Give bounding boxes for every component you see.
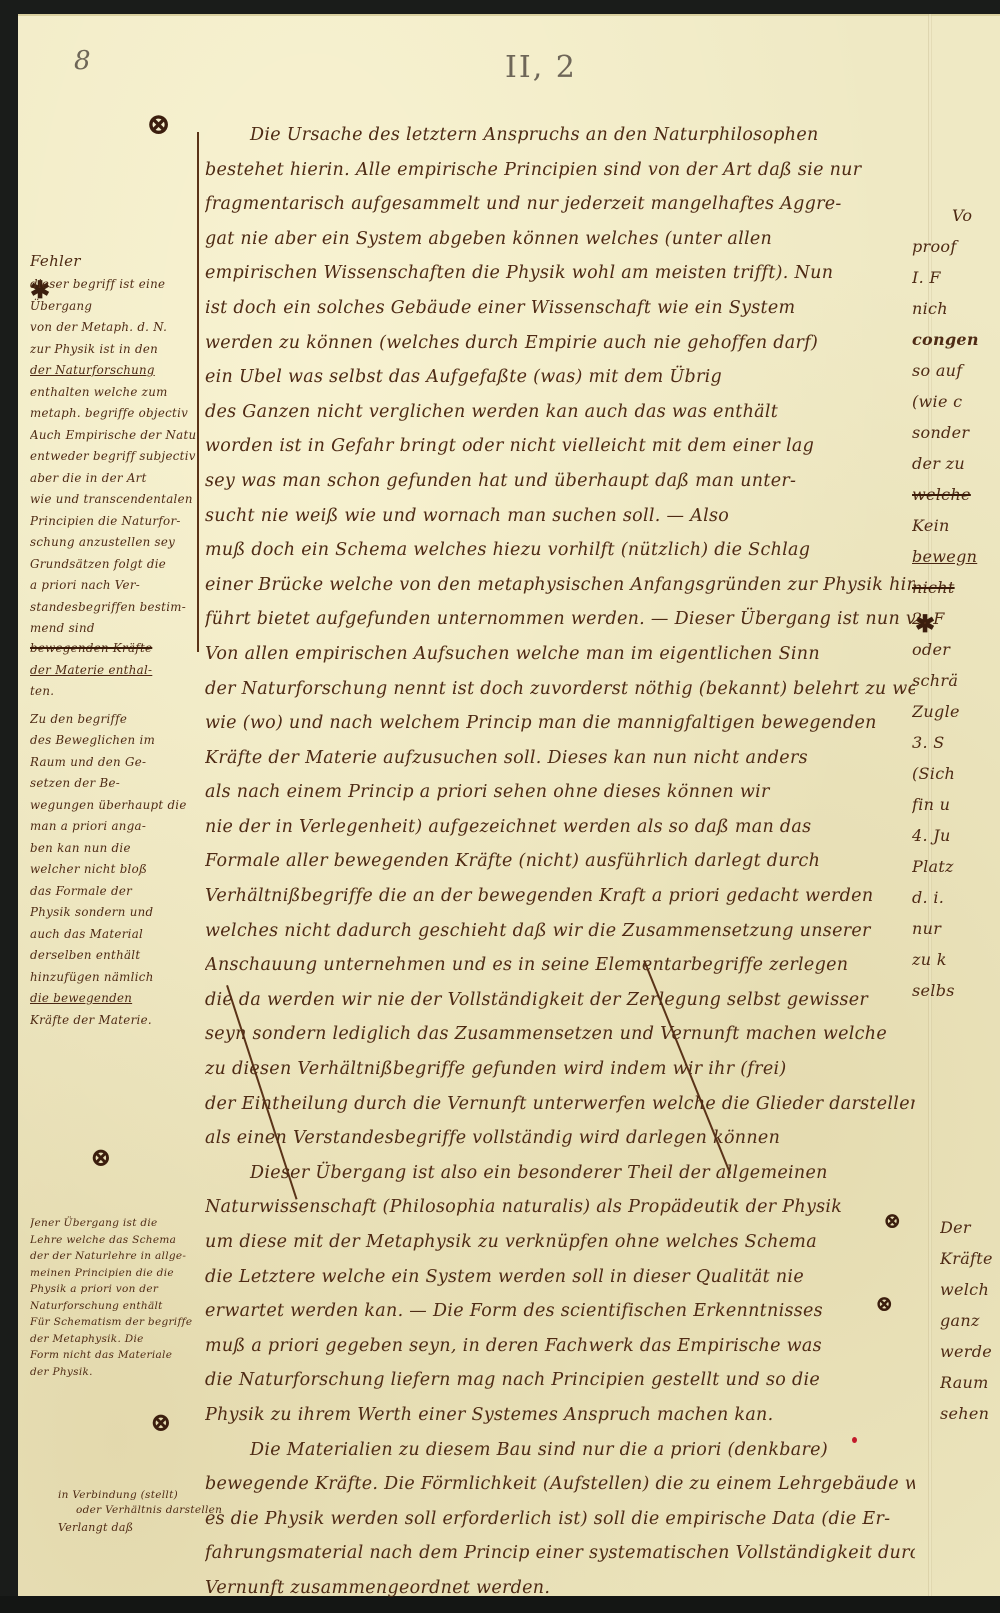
margin-note-line: Form nicht das Materiale <box>30 1347 198 1364</box>
cross-circle-mark-icon: ⊗ <box>150 1410 172 1436</box>
margin-note-line: setzen der Be- <box>30 773 198 795</box>
folio-number: 8 <box>74 46 91 76</box>
text-line: als einen Verstandesbegriffe vollständig… <box>205 1121 915 1156</box>
margin-note-line: Verlangt daß <box>58 1518 226 1538</box>
margin-note-3: Jener Übergang ist die Lehre welche das … <box>30 1215 198 1380</box>
margin-note-line: Principien die Naturfor- <box>30 511 198 533</box>
adjacent-line: nich <box>912 293 982 324</box>
adjacent-line: 3. S <box>912 727 982 758</box>
adjacent-line: Der <box>940 1212 1000 1243</box>
text-line: es die Physik werden soll erforderlich i… <box>205 1502 915 1537</box>
text-line: sey was man schon gefunden hat und überh… <box>205 464 915 499</box>
adjacent-line: oder <box>912 634 982 665</box>
margin-note-line: in Verbindung (stellt) <box>58 1488 226 1503</box>
margin-note-line: man a priori anga- <box>30 816 198 838</box>
text-line: fahrungsmaterial nach dem Princip einer … <box>205 1536 915 1571</box>
margin-note-line: wegungen überhaupt die <box>30 795 198 817</box>
margin-note-line: ben kan nun die <box>30 838 198 860</box>
text-line: die da werden wir nie der Vollständigkei… <box>205 983 915 1018</box>
adjacent-line: congen <box>912 324 982 355</box>
margin-note-line: der Naturforschung <box>30 360 198 382</box>
margin-note-line: Zu den begriffe <box>30 709 198 731</box>
adjacent-line: Vo <box>912 200 982 231</box>
text-line: ist doch ein solches Gebäude einer Wisse… <box>205 291 915 326</box>
adjacent-line: 4. Ju <box>912 820 982 851</box>
main-text-body: Die Ursache des letztern Anspruchs an de… <box>205 118 915 1606</box>
margin-note-line: wie und transcendentalen <box>30 489 198 511</box>
margin-note-line: Physik sondern und <box>30 902 198 924</box>
margin-note-line: Übergang <box>30 296 198 318</box>
margin-note-line: von der Metaph. d. N. <box>30 317 198 339</box>
adjacent-page-text: Vo proof I. F nich congen so auf (wie c … <box>912 200 982 1006</box>
margin-note-line: Auch Empirische der Natur <box>30 425 198 447</box>
text-line: Kräfte der Materie aufzusuchen soll. Die… <box>205 741 915 776</box>
text-line: die Letztere welche ein System werden so… <box>205 1260 915 1295</box>
text-line: als nach einem Princip a priori sehen oh… <box>205 775 915 810</box>
margin-note-line: a priori nach Ver- <box>30 575 198 597</box>
adjacent-line: welch <box>940 1274 1000 1305</box>
cross-circle-mark-icon: ⊗ <box>146 110 171 140</box>
text-line: Von allen empirischen Aufsuchen welche m… <box>205 637 915 672</box>
text-line: empirischen Wissenschaften die Physik wo… <box>205 256 915 291</box>
adjacent-line: so auf <box>912 355 982 386</box>
text-line: Die Materialien zu diesem Bau sind nur d… <box>205 1433 915 1468</box>
adjacent-line: ganz <box>940 1305 1000 1336</box>
adjacent-page-text-bottom: Der Kräfte welch ganz werde Raum sehen <box>940 1212 1000 1429</box>
margin-note-line: Kräfte der Materie. <box>30 1010 198 1032</box>
margin-note-2: bewegenden Kräfte der Materie enthal- te… <box>30 638 198 1031</box>
margin-note-line: enthalten welche zum <box>30 382 198 404</box>
adjacent-line: welche <box>912 479 982 510</box>
adjacent-line: (Sich <box>912 758 982 789</box>
margin-note-line: derselben enthält <box>30 945 198 967</box>
adjacent-line: d. i. <box>912 882 982 913</box>
text-line: seyn sondern lediglich das Zusammensetze… <box>205 1017 915 1052</box>
adjacent-line: zu k <box>912 944 982 975</box>
adjacent-line: nur <box>912 913 982 944</box>
text-line: fragmentarisch aufgesammelt und nur jede… <box>205 187 915 222</box>
margin-note-line: die bewegenden <box>30 988 198 1010</box>
text-line: werden zu können (welches durch Empirie … <box>205 326 915 361</box>
adjacent-line: schrä <box>912 665 982 696</box>
text-line: nie der in Verlegenheit) aufgezeichnet w… <box>205 810 915 845</box>
text-line: Die Ursache des letztern Anspruchs an de… <box>205 118 915 153</box>
adjacent-line: werde <box>940 1336 1000 1367</box>
margin-note-line: ten. <box>30 681 198 703</box>
text-line: um diese mit der Metaphysik zu verknüpfe… <box>205 1225 915 1260</box>
margin-note-line: metaph. begriffe objectiv <box>30 403 198 425</box>
margin-note-line: Physik a priori von der <box>30 1281 198 1298</box>
adjacent-line: Platz <box>912 851 982 882</box>
adjacent-line: I. F <box>912 262 982 293</box>
adjacent-line: bewegn <box>912 541 982 572</box>
adjacent-line: proof <box>912 231 982 262</box>
margin-note-line: bewegenden Kräfte <box>30 638 198 660</box>
text-line: Vernunft zusammengeordnet werden. <box>205 1571 915 1606</box>
text-line: sucht nie weiß wie und wornach man suche… <box>205 499 915 534</box>
margin-note-line: hinzufügen nämlich <box>30 967 198 989</box>
adjacent-line: sehen <box>940 1398 1000 1429</box>
adjacent-line: fin u <box>912 789 982 820</box>
margin-note-line: Raum und den Ge- <box>30 752 198 774</box>
adjacent-line: Kräfte <box>940 1243 1000 1274</box>
margin-note-line: der Metaphysik. Die <box>30 1331 198 1348</box>
adjacent-line: Raum <box>940 1367 1000 1398</box>
adjacent-line: der zu <box>912 448 982 479</box>
text-line: gat nie aber ein System abgeben können w… <box>205 222 915 257</box>
margin-note-heading: Fehler <box>30 248 198 274</box>
sheet-label: II, 2 <box>505 50 577 85</box>
text-line: Naturwissenschaft (Philosophia naturalis… <box>205 1190 915 1225</box>
margin-note-1: Fehler dieser begriff ist eine Übergang … <box>30 248 198 640</box>
margin-note-line: mend sind <box>30 618 198 640</box>
margin-note-line: Jener Übergang ist die <box>30 1215 198 1232</box>
text-line: Formale aller bewegenden Kräfte (nicht) … <box>205 844 915 879</box>
text-line: erwartet werden kan. — Die Form des scie… <box>205 1294 915 1329</box>
text-line: muß a priori gegeben seyn, in deren Fach… <box>205 1329 915 1364</box>
margin-note-line: der Physik. <box>30 1364 198 1381</box>
margin-note-line: meinen Principien die die <box>30 1265 198 1282</box>
adjacent-line: selbs <box>912 975 982 1006</box>
text-line: bestehet hierin. Alle empirische Princip… <box>205 153 915 188</box>
text-line: worden ist in Gefahr bringt oder nicht v… <box>205 429 915 464</box>
text-line: führt bietet aufgefunden unternommen wer… <box>205 602 915 637</box>
text-line: bewegende Kräfte. Die Förmlichkeit (Aufs… <box>205 1467 915 1502</box>
adjacent-line: (wie c <box>912 386 982 417</box>
margin-note-line: oder Verhältnis darstellen <box>58 1503 226 1518</box>
margin-note-line: zur Physik ist in den <box>30 339 198 361</box>
text-line: Verhältnißbegriffe die an der bewegenden… <box>205 879 915 914</box>
text-line: der Naturforschung nennt ist doch zuvord… <box>205 672 915 707</box>
text-line: welches nicht dadurch geschieht daß wir … <box>205 914 915 949</box>
margin-note-4: in Verbindung (stellt) oder Verhältnis d… <box>58 1488 226 1538</box>
adjacent-line: Kein <box>912 510 982 541</box>
adjacent-line: Zugle <box>912 696 982 727</box>
margin-note-line: welcher nicht bloß <box>30 859 198 881</box>
adjacent-line: nicht <box>912 572 982 603</box>
margin-note-line: Für Schematism der begriffe <box>30 1314 198 1331</box>
margin-note-line: das Formale der <box>30 881 198 903</box>
margin-note-line: aber die in der Art <box>30 468 198 490</box>
text-line: muß doch ein Schema welches hiezu vorhil… <box>205 533 915 568</box>
text-line: einer Brücke welche von den metaphysisch… <box>205 568 915 603</box>
text-line: Physik zu ihrem Werth einer Systemes Ans… <box>205 1398 915 1433</box>
text-line: des Ganzen nicht verglichen werden kan a… <box>205 395 915 430</box>
text-line: die Naturforschung liefern mag nach Prin… <box>205 1363 915 1398</box>
text-line: ein Ubel was selbst das Aufgefaßte (was)… <box>205 360 915 395</box>
text-line: wie (wo) und nach welchem Princip man di… <box>205 706 915 741</box>
adjacent-line: 2. F <box>912 603 982 634</box>
cross-circle-mark-icon: ⊗ <box>90 1145 112 1171</box>
text-line: Dieser Übergang ist also ein besonderer … <box>205 1156 915 1191</box>
text-line: der Eintheilung durch die Vernunft unter… <box>205 1087 915 1122</box>
adjacent-line: sonder <box>912 417 982 448</box>
margin-note-line: des Beweglichen im <box>30 730 198 752</box>
margin-note-line: der der Naturlehre in allge- <box>30 1248 198 1265</box>
margin-note-line: Lehre welche das Schema <box>30 1232 198 1249</box>
text-line: Anschauung unternehmen und es in seine E… <box>205 948 915 983</box>
margin-note-line: standesbegriffen bestim- <box>30 597 198 619</box>
margin-note-line: schung anzustellen sey <box>30 532 198 554</box>
margin-note-line: auch das Material <box>30 924 198 946</box>
margin-note-line: der Materie enthal- <box>30 660 198 682</box>
margin-note-line: Grundsätzen folgt die <box>30 554 198 576</box>
margin-note-line: entweder begriff subjectiv <box>30 446 198 468</box>
text-line: zu diesen Verhältnißbegriffe gefunden wi… <box>205 1052 915 1087</box>
margin-note-line: Naturforschung enthält <box>30 1298 198 1315</box>
margin-note-line: dieser begriff ist eine <box>30 274 198 296</box>
